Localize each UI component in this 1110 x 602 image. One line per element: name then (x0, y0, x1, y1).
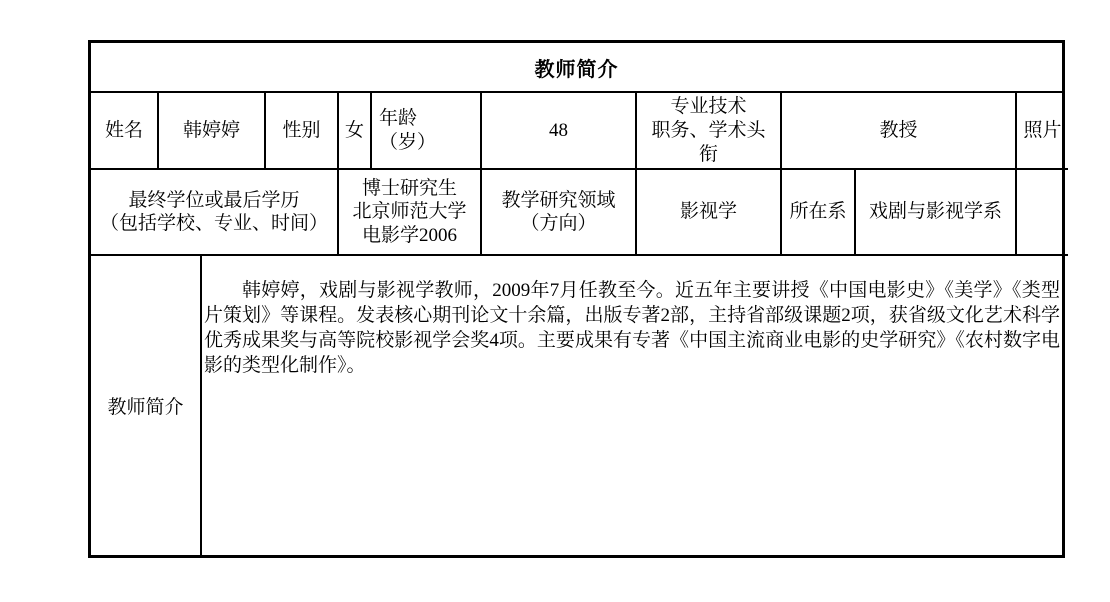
name-value-cell: 韩婷婷 (158, 93, 265, 169)
field-label-cell: 教学研究领域 （方向） (481, 169, 636, 255)
department-value-cell: 戏剧与影视学系 (855, 169, 1016, 255)
photo-placeholder-cell (1016, 169, 1068, 255)
position-label-cell: 专业技术 职务、学术头 衔 (636, 93, 781, 169)
degree-label-cell: 最终学位或最后学历 （包括学校、专业、时间） (91, 169, 338, 255)
row-basic-info: 姓名 韩婷婷 性别 女 年龄 （岁） 48 专业技术 职务、学术头 衔 教授 照… (91, 93, 1068, 169)
photo-label-cell: 照片 (1016, 93, 1068, 169)
gender-label-cell: 性别 (265, 93, 338, 169)
row-education-info: 最终学位或最后学历 （包括学校、专业、时间） 博士研究生 北京师范大学 电影学2… (91, 169, 1068, 255)
teacher-profile-table: 教师简介 姓名 韩婷婷 性别 女 年龄 （岁） (88, 40, 1065, 558)
field-value-cell: 影视学 (636, 169, 781, 255)
position-value-cell: 教授 (781, 93, 1016, 169)
document-canvas: 教师简介 姓名 韩婷婷 性别 女 年龄 （岁） (0, 0, 1110, 602)
row-bio: 教师简介 韩婷婷，戏剧与影视学教师，2009年7月任教至今。近五年主要讲授《中国… (91, 256, 1062, 555)
department-label-cell: 所在系 (781, 169, 855, 255)
degree-value-cell: 博士研究生 北京师范大学 电影学2006 (338, 169, 481, 255)
age-label-cell: 年龄 （岁） (371, 93, 481, 169)
table-title: 教师简介 (91, 43, 1062, 93)
gender-value-cell: 女 (338, 93, 371, 169)
name-label-cell: 姓名 (91, 93, 158, 169)
bio-label-cell: 教师简介 (91, 256, 202, 555)
age-value-cell: 48 (481, 93, 636, 169)
info-table: 姓名 韩婷婷 性别 女 年龄 （岁） 48 专业技术 职务、学术头 衔 教授 照… (91, 93, 1068, 256)
bio-content-cell: 韩婷婷，戏剧与影视学教师，2009年7月任教至今。近五年主要讲授《中国电影史》《… (202, 256, 1062, 555)
